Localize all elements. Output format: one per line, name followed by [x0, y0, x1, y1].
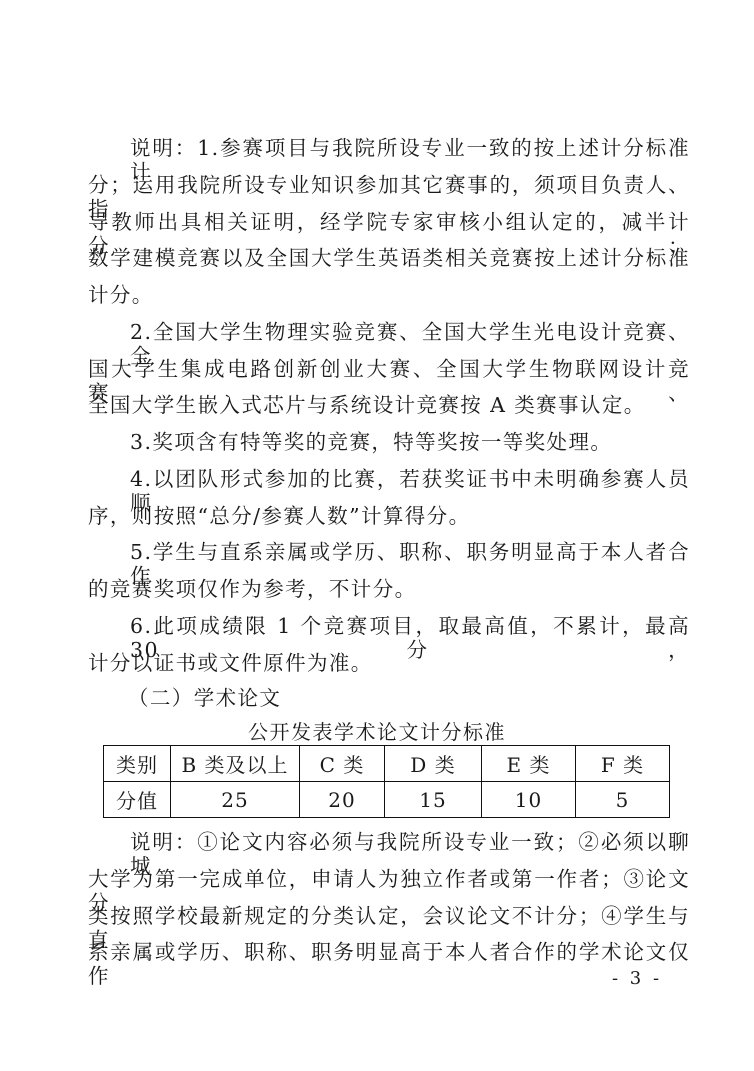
note-1-line-2: 分；运用我院所设专业知识参加其它赛事的，须项目负责人、指: [88, 173, 690, 197]
category-cell: D 类: [385, 746, 482, 782]
score-cell: 15: [385, 782, 482, 818]
row-header-score: 分值: [104, 782, 171, 818]
page-number: - 3 -: [612, 968, 662, 989]
row-header-category: 类别: [104, 746, 171, 782]
paper-note-line-1: 说明：①论文内容必须与我院所设专业一致；②必须以聊城: [130, 830, 690, 854]
score-cell: 20: [300, 782, 385, 818]
note-2-line-2: 国大学生集成电路创新创业大赛、全国大学生物联网设计竞赛、: [88, 357, 690, 381]
score-cell: 10: [482, 782, 576, 818]
table-row-score: 分值 25 20 15 10 5: [104, 782, 670, 818]
category-cell: C 类: [300, 746, 385, 782]
note-3: 3.奖项含有特等奖的竞赛，特等奖按一等奖处理。: [130, 430, 690, 454]
note-2-line-3: 全国大学生嵌入式芯片与系统设计竞赛按 A 类赛事认定。: [88, 393, 690, 417]
category-cell: F 类: [576, 746, 670, 782]
note-2-line-1: 2.全国大学生物理实验竞赛、全国大学生光电设计竞赛、全: [130, 320, 690, 344]
category-cell: B 类及以上: [171, 746, 300, 782]
note-4-line-2: 序，则按照“总分/参赛人数”计算得分。: [88, 504, 690, 528]
document-page: 说明：1.参赛项目与我院所设专业一致的按上述计分标准计 分；运用我院所设专业知识…: [0, 0, 754, 1071]
category-cell: E 类: [482, 746, 576, 782]
score-cell: 5: [576, 782, 670, 818]
paper-score-table: 类别 B 类及以上 C 类 D 类 E 类 F 类 分值 25 20 15 10…: [103, 745, 670, 818]
note-4-line-1: 4.以团队形式参加的比赛，若获奖证书中未明确参赛人员顺: [130, 467, 690, 491]
note-1-line-5: 计分。: [88, 283, 690, 307]
paper-note-line-2: 大学为第一完成单位，申请人为独立作者或第一作者；③论文分: [88, 867, 690, 891]
note-5-line-1: 5.学生与直系亲属或学历、职称、职务明显高于本人者合作: [130, 540, 690, 564]
table-caption: 公开发表学术论文计分标准: [0, 720, 754, 744]
score-cell: 25: [171, 782, 300, 818]
table-row-category: 类别 B 类及以上 C 类 D 类 E 类 F 类: [104, 746, 670, 782]
note-1-line-4: 数学建模竞赛以及全国大学生英语类相关竞赛按上述计分标准: [88, 246, 690, 270]
note-6-line-2: 计分以证书或文件原件为准。: [88, 651, 690, 675]
note-1-line-3: 导教师出具相关证明，经学院专家审核小组认定的，减半计分；: [88, 210, 690, 234]
note-1-line-1: 说明：1.参赛项目与我院所设专业一致的按上述计分标准计: [130, 136, 690, 160]
paper-note-line-4: 系亲属或学历、职称、职务明显高于本人者合作的学术论文仅作: [88, 940, 690, 964]
note-6-line-1: 6.此项成绩限 1 个竞赛项目，取最高值，不累计，最高 30 分，: [130, 614, 690, 638]
note-5-line-2: 的竞赛奖项仅作为参考，不计分。: [88, 577, 690, 601]
section-heading-academic-papers: （二）学术论文: [128, 686, 730, 710]
paper-note-line-3: 类按照学校最新规定的分类认定，会议论文不计分；④学生与直: [88, 904, 690, 928]
